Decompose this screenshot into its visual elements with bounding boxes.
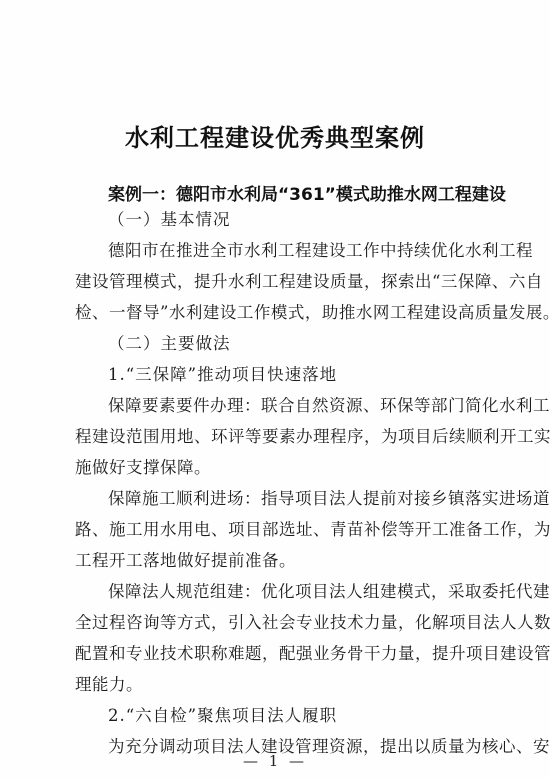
paragraph-line: 全过程咨询等方式，引入社会专业技术力量，化解项目法人人数 bbox=[75, 612, 485, 634]
paragraph-line: 配置和专业技术职称难题，配强业务骨干力量，提升项目建设管 bbox=[75, 643, 485, 665]
case-heading: 案例一：德阳市水利局“361”模式助推水网工程建设 bbox=[108, 180, 506, 205]
subheading-six-self-checks: 2.“六自检”聚焦项目法人履职 bbox=[108, 705, 337, 727]
subheading-three-guarantees: 1.“三保障”推动项目快速落地 bbox=[108, 364, 337, 386]
paragraph-line: 保障施工顺利进场：指导项目法人提前对接乡镇落实进场道 bbox=[108, 488, 485, 510]
section-heading-main-practices: （二）主要做法 bbox=[108, 333, 231, 355]
paragraph-line: 理能力。 bbox=[75, 674, 485, 696]
paragraph-line: 检、一督导”水利建设工作模式，助推水网工程建设高质量发展。 bbox=[75, 302, 485, 324]
document-page: 水利工程建设优秀典型案例 案例一：德阳市水利局“361”模式助推水网工程建设 （… bbox=[0, 0, 550, 778]
paragraph-line: 施做好支撑保障。 bbox=[75, 457, 485, 479]
document-title: 水利工程建设优秀典型案例 bbox=[0, 118, 550, 153]
paragraph-line: 德阳市在推进全市水利工程建设工作中持续优化水利工程 bbox=[108, 240, 485, 262]
paragraph-line: 建设管理模式，提升水利工程建设质量，探索出“三保障、六自 bbox=[75, 271, 485, 293]
page-number: — 1 — bbox=[0, 752, 550, 770]
paragraph-line: 保障法人规范组建：优化项目法人组建模式，采取委托代建、 bbox=[108, 581, 485, 603]
paragraph-line: 保障要素要件办理：联合自然资源、环保等部门简化水利工 bbox=[108, 395, 485, 417]
section-heading-basic-info: （一）基本情况 bbox=[108, 209, 231, 231]
paragraph-line: 路、施工用水用电、项目部选址、青苗补偿等开工准备工作，为 bbox=[75, 519, 485, 541]
paragraph-line: 程建设范围用地、环评等要素办理程序，为项目后续顺利开工实 bbox=[75, 426, 485, 448]
paragraph-line: 工程开工落地做好提前准备。 bbox=[75, 550, 485, 572]
